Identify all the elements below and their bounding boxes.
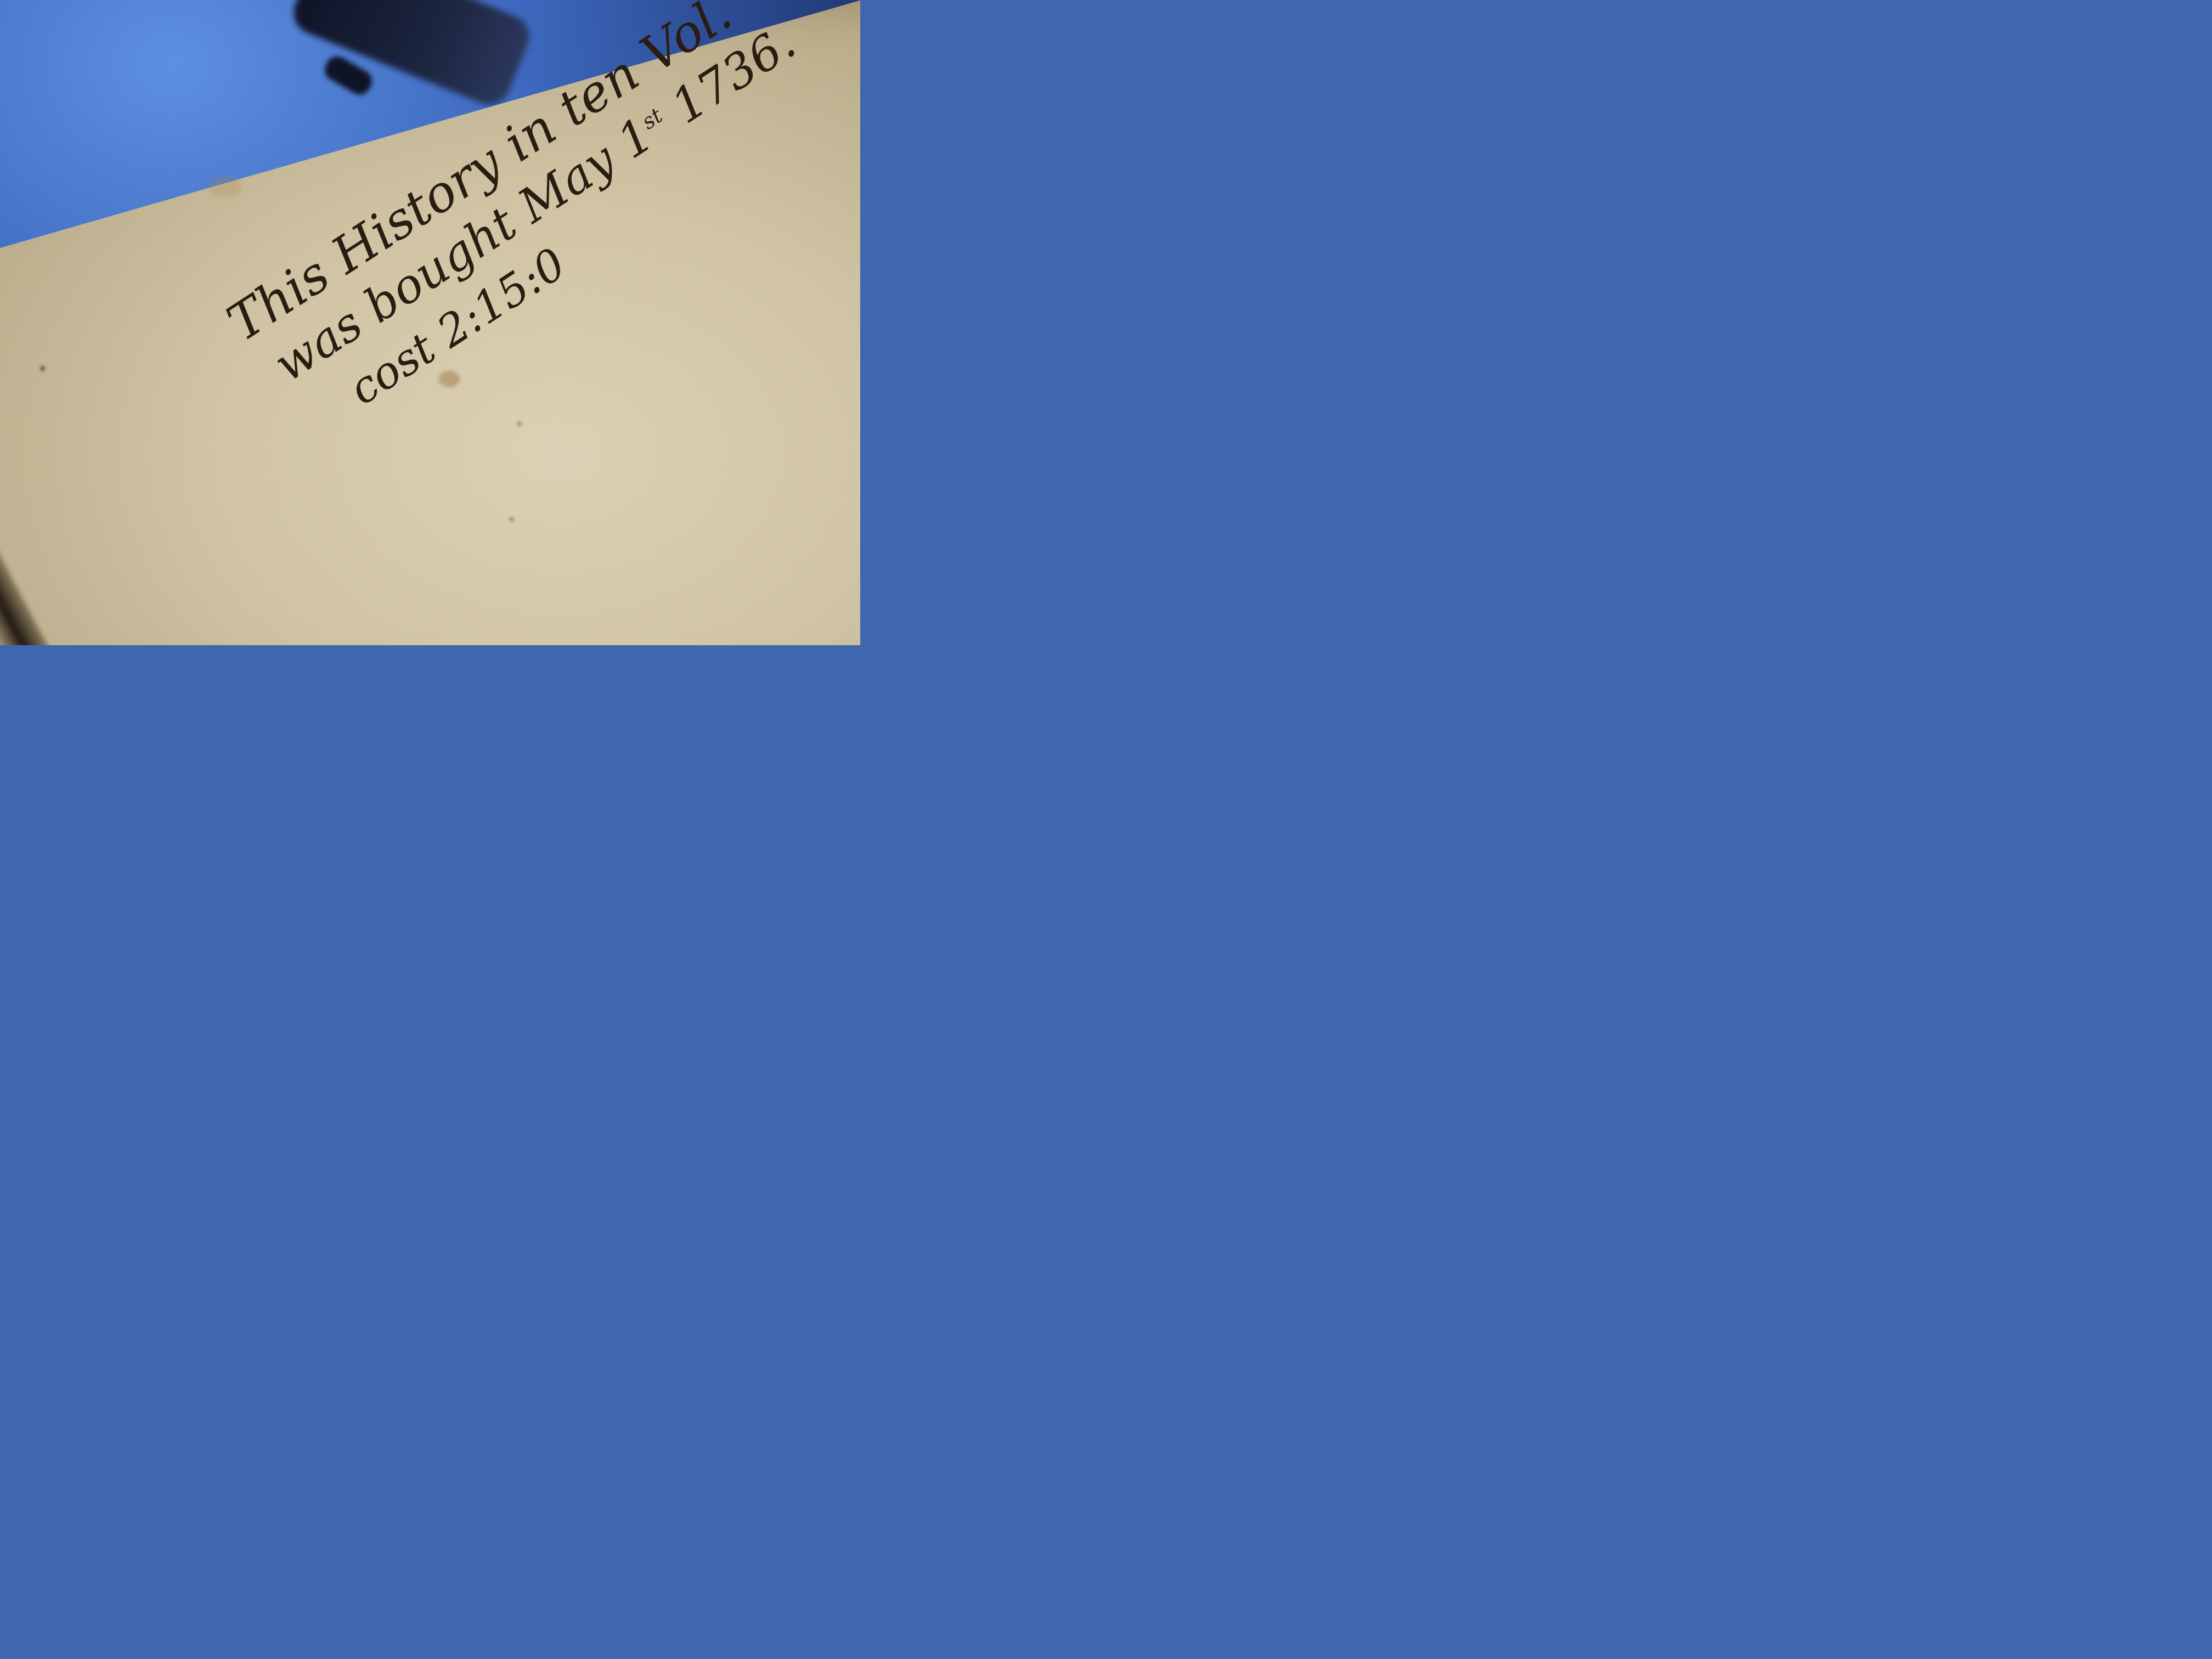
foxing-stain	[208, 176, 241, 198]
foxing-spot	[439, 371, 460, 387]
ink-dot	[510, 518, 513, 521]
ink-dot	[41, 366, 44, 370]
ink-dot	[518, 422, 521, 425]
